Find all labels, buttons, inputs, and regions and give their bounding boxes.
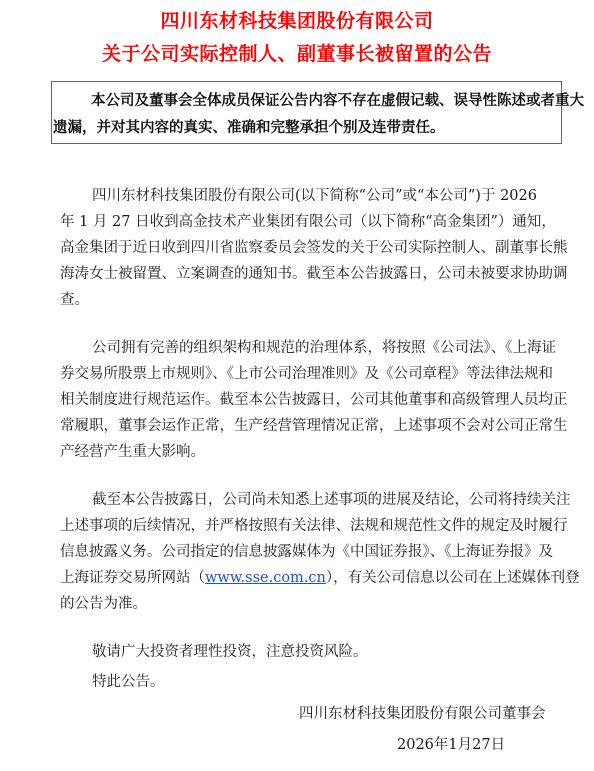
text-line: 公司拥有完善的组织架构和规范的治理体系，将按照《公司法》、《上海证 <box>92 338 556 358</box>
disclaimer-box: 本公司及董事会全体成员保证公告内容不存在虚假记载、误导性陈述或者重大 遗漏，并对… <box>51 81 562 144</box>
paragraph-risk-warning: 敬请广大投资者理性投资，注意投资风险。 <box>92 642 368 662</box>
text-line-with-link: 上海证券交易所网站（www.sse.com.cn），有关公司信息以公司在上述媒体… <box>60 568 580 588</box>
link-suffix-text: ），有关公司信息以公司在上述媒体刊登 <box>326 570 580 586</box>
text-line: 的公告为准。 <box>60 594 147 614</box>
announcement-title: 关于公司实际控制人、副董事长被留置的公告 <box>0 42 594 66</box>
paragraph-closing: 特此公告。 <box>92 672 165 692</box>
disclaimer-line-2: 遗漏，并对其内容的真实、准确和完整承担个别及连带责任。 <box>53 118 445 138</box>
board-signature: 四川东材科技集团股份有限公司董事会 <box>299 704 546 724</box>
company-name-heading: 四川东材科技集团股份有限公司 <box>0 9 594 33</box>
text-line: 产经营产生重大影响。 <box>60 442 205 462</box>
disclaimer-line-1: 本公司及董事会全体成员保证公告内容不存在虚假记载、误导性陈述或者重大 <box>91 91 584 111</box>
text-line: 信息披露义务。公司指定的信息披露媒体为《中国证券报》、《上海证券报》及 <box>60 542 553 562</box>
text-line: 查。 <box>60 290 89 310</box>
text-line: 券交易所股票上市规则》、《上市公司治理准则》及《公司章程》等法律法规和 <box>60 364 553 384</box>
text-line: 四川东材科技集团股份有限公司(以下简称“公司”或“本公司”)于 2026 <box>92 186 537 206</box>
announcement-date: 2026年1月27日 <box>397 735 505 755</box>
text-line: 海涛女士被留置、立案调查的通知书。截至本公告披露日，公司未被要求协助调 <box>60 264 568 284</box>
link-prefix-text: 上海证券交易所网站（ <box>60 570 205 586</box>
sse-website-link[interactable]: www.sse.com.cn <box>205 570 326 586</box>
text-line: 截至本公告披露日，公司尚未知悉上述事项的进展及结论，公司将持续关注 <box>92 490 571 510</box>
text-line: 相关制度进行规范运作。截至本公告披露日，公司其他董事和高级管理人员均正 <box>60 390 568 410</box>
text-line: 高金集团于近日收到四川省监察委员会签发的关于公司实际控制人、副董事长熊 <box>60 238 568 258</box>
text-line: 常履职，董事会运作正常，生产经营管理情况正常，上述事项不会对公司正常生 <box>60 416 568 436</box>
text-line: 年 1 月 27 日收到高金技术产业集团有限公司（以下简称“高金集团”）通知， <box>60 212 556 232</box>
text-line: 上述事项的后续情况，并严格按照有关法律、法规和规范性文件的规定及时履行 <box>60 516 568 536</box>
